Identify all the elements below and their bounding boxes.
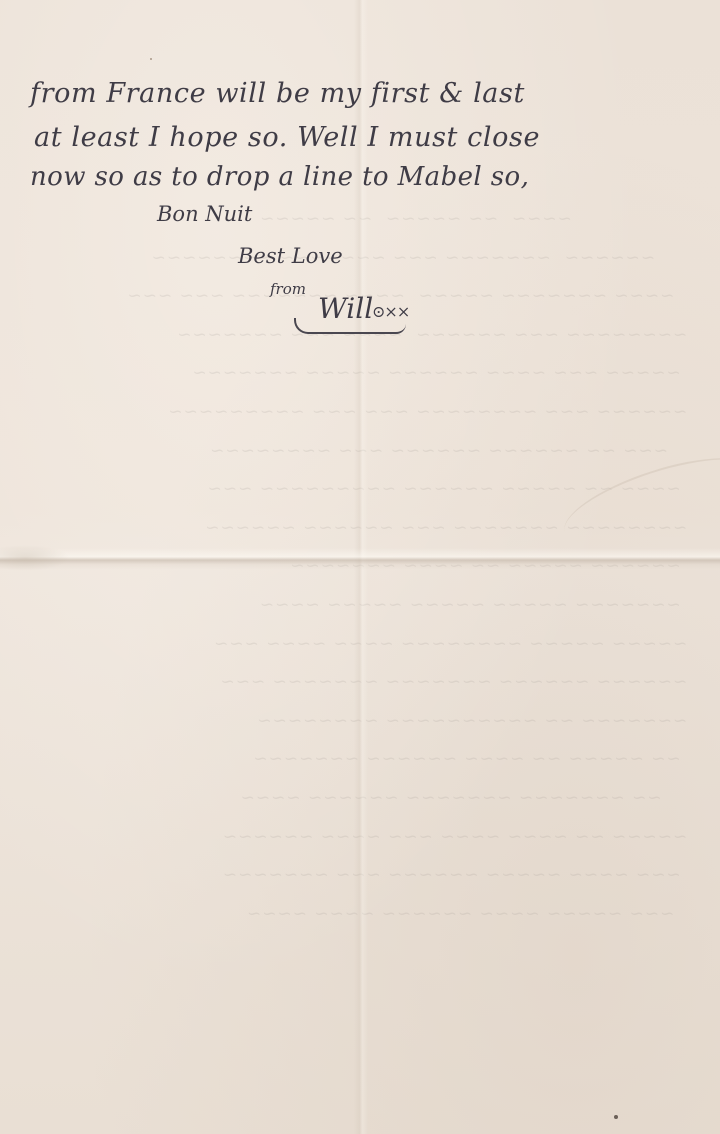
letter-body-line-3: now so as to drop a line to Mabel so, [30, 162, 529, 192]
letter-valediction: Best Love [238, 244, 343, 268]
left-crease [0, 545, 70, 571]
letter-body-line-2: at least I hope so. Well I must close [34, 122, 540, 153]
paper-speck [614, 1115, 618, 1119]
letter-body-line-1: from France will be my first & last [30, 78, 525, 109]
signature-flourish [294, 318, 406, 334]
letter-closing: Bon Nuit [157, 202, 252, 226]
from-label: from [270, 280, 306, 298]
horizontal-fold [0, 548, 720, 570]
letter-page: ~~~~ ~~ ~~~~~ ~~ ~~~~~ ~~~~~~ ~~~~~~~ ~~… [0, 0, 720, 1134]
paper-speck [150, 58, 152, 60]
